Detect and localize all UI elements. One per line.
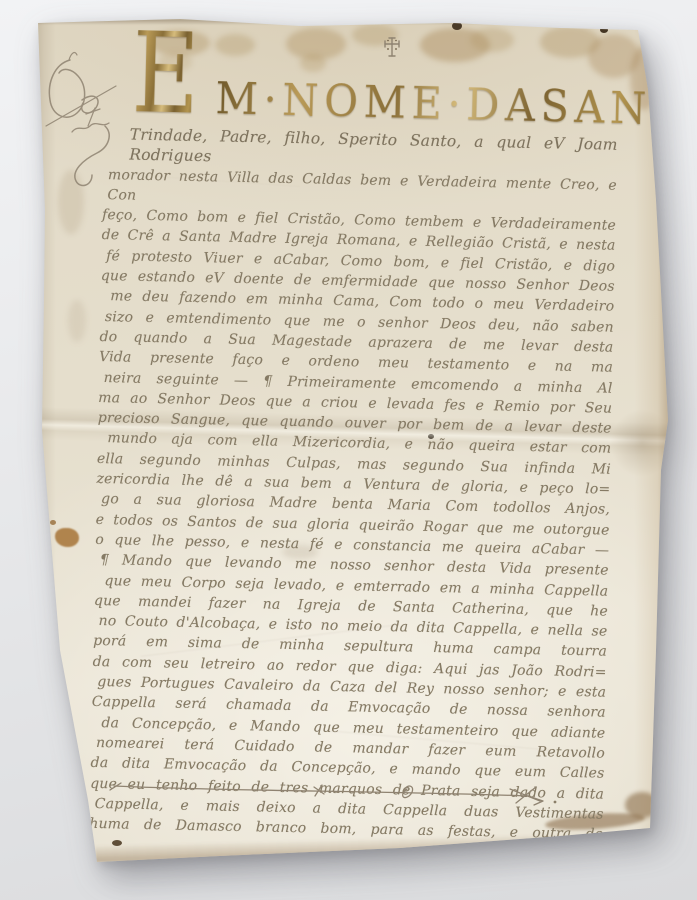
edge-chip — [600, 27, 608, 33]
ink-blot — [50, 520, 56, 525]
page-title: E M·NOME·DASANT A· — [131, 30, 697, 137]
edge-chip — [112, 840, 122, 846]
stain — [625, 792, 659, 818]
page-shadow: E M·NOME·DASANT A· Trindade, Padre, filh… — [0, 0, 697, 900]
title-initial: E — [131, 30, 200, 119]
manuscript-page: E M·NOME·DASANT A· Trindade, Padre, filh… — [0, 0, 697, 900]
page-top-edge — [38, 19, 638, 25]
ink-blot — [55, 528, 79, 547]
stain — [630, 46, 658, 110]
stain — [68, 300, 86, 342]
manuscript-body: Trindade, Padre, filho, Sperito Santo, a… — [89, 124, 618, 845]
edge-chip — [452, 22, 462, 30]
title-text: M·NOME·DASANT — [215, 73, 686, 135]
photo-background: E M·NOME·DASANT A· Trindade, Padre, filh… — [0, 0, 697, 900]
end-flourish-line — [108, 776, 568, 808]
